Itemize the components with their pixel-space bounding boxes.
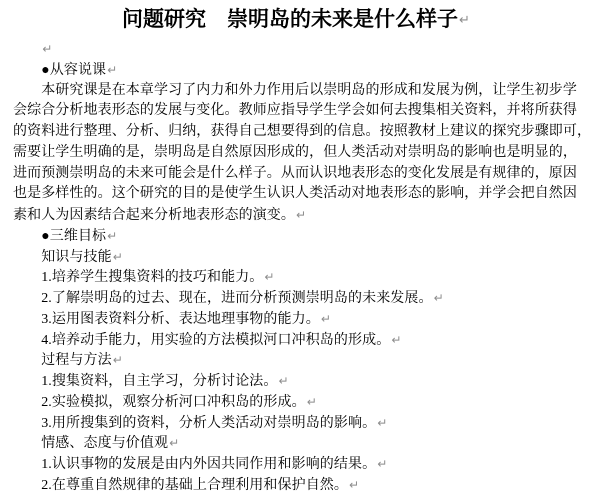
text-line: 2.在尊重自然规律的基础上合理利用和保护自然。↵: [0, 475, 592, 493]
text-line: 1.认识事物的发展是由内外因共同作用和影响的结果。↵: [0, 454, 592, 475]
paragraph-mark-icon: ↵: [295, 208, 306, 222]
paragraph-mark-icon: ↵: [390, 333, 401, 347]
paragraph-mark-icon: ↵: [41, 42, 52, 56]
paragraph-mark-icon: ↵: [306, 395, 317, 409]
line-text: 情感、态度与价值观: [13, 436, 168, 451]
text-line: 2.实验模拟，观察分析河口冲积岛的形成。↵: [0, 392, 592, 413]
line-text: 1.培养学生搜集资料的技巧和能力。: [13, 270, 263, 285]
line-text: 素和人为因素结合起来分析地表形态的演变。: [13, 208, 295, 223]
paragraph-mark-icon: ↵: [433, 291, 444, 305]
line-text: 本研究课是在本章学习了内力和外力作用后以崇明岛的形成和发展为例，让学生初步学: [13, 83, 577, 98]
line-text: 需要让学生明确的是，崇明岛是自然原因形成的，但人类活动对崇明岛的影响也是明显的，: [13, 145, 577, 160]
text-line: 需要让学生明确的是，崇明岛是自然原因形成的，但人类活动对崇明岛的影响也是明显的，: [0, 143, 592, 164]
paragraph-mark-icon: ↵: [112, 250, 123, 264]
text-line: 会综合分析地表形态的发展与变化。教师应指导学生学会如何去搜集相关资料，并将所获得: [0, 101, 592, 122]
line-text: [13, 42, 41, 57]
line-text: 进而预测崇明岛的未来可能会是什么样子。从而认识地表形态的变化发展是有规律的，原因: [13, 166, 577, 181]
paragraph-mark-icon: ↵: [106, 229, 117, 243]
paragraph-mark-icon: ↵: [348, 478, 359, 492]
text-line: 1.搜集资料，自主学习，分析讨论法。↵: [0, 371, 592, 392]
line-text: 知识与技能: [13, 250, 112, 265]
line-text: 2.了解崇明岛的过去、现在，进而分析预测崇明岛的未来发展。: [13, 291, 433, 306]
line-text: 过程与方法: [13, 353, 112, 368]
text-line: 3.用所搜集到的资料，分析人类活动对崇明岛的影响。↵: [0, 413, 592, 434]
text-line: 3.运用图表资料分析、表达地理事物的能力。↵: [0, 309, 592, 330]
line-text: 3.运用图表资料分析、表达地理事物的能力。: [13, 312, 320, 327]
text-line: 进而预测崇明岛的未来可能会是什么样子。从而认识地表形态的变化发展是有规律的，原因: [0, 164, 592, 185]
line-text: 1.搜集资料，自主学习，分析讨论法。: [13, 374, 278, 389]
document-body: ↵ ●从容说课↵ 本研究课是在本章学习了内力和外力作用后以崇明岛的形成和发展为例…: [0, 39, 592, 493]
line-text: 的资料进行整理、分析、归纳，获得自己想要得到的信息。按照教材上建议的探究步骤即可…: [13, 124, 591, 139]
document-title: 问题研究 崇明岛的未来是什么样子↵: [0, 5, 592, 35]
paragraph-mark-icon: ↵: [376, 416, 387, 430]
text-line: 知识与技能↵: [0, 247, 592, 268]
paragraph-mark-icon: ↵: [263, 270, 274, 284]
text-line: ↵: [0, 39, 592, 60]
paragraph-mark-icon: ↵: [320, 312, 331, 326]
title-text: 问题研究 崇明岛的未来是什么样子: [122, 7, 458, 31]
line-text: 会综合分析地表形态的发展与变化。教师应指导学生学会如何去搜集相关资料，并将所获得: [13, 103, 577, 118]
text-line: 本研究课是在本章学习了内力和外力作用后以崇明岛的形成和发展为例，让学生初步学: [0, 81, 592, 102]
line-text: ●三维目标: [13, 229, 106, 244]
text-line: 也是多样性的。这个研究的目的是使学生认识人类活动对地表形态的影响，并学会把自然因: [0, 184, 592, 205]
text-line: 1.培养学生搜集资料的技巧和能力。↵: [0, 267, 592, 288]
text-line: 素和人为因素结合起来分析地表形态的演变。↵: [0, 205, 592, 226]
paragraph-mark-icon: ↵: [168, 436, 179, 450]
text-line: ●三维目标↵: [0, 226, 592, 247]
paragraph-mark-icon: ↵: [278, 374, 289, 388]
text-line: ●从容说课↵: [0, 60, 592, 81]
line-text: 2.实验模拟，观察分析河口冲积岛的形成。: [13, 395, 306, 410]
text-line: 4.培养动手能力，用实验的方法模拟河口冲积岛的形成。↵: [0, 330, 592, 351]
paragraph-mark-icon: ↵: [376, 457, 387, 471]
paragraph-mark-icon: ↵: [112, 353, 123, 367]
line-text: 也是多样性的。这个研究的目的是使学生认识人类活动对地表形态的影响，并学会把自然因: [13, 186, 577, 201]
text-line: 2.了解崇明岛的过去、现在，进而分析预测崇明岛的未来发展。↵: [0, 288, 592, 309]
line-text: 3.用所搜集到的资料，分析人类活动对崇明岛的影响。: [13, 416, 376, 431]
line-text: ●从容说课: [13, 63, 106, 78]
text-line: 的资料进行整理、分析、归纳，获得自己想要得到的信息。按照教材上建议的探究步骤即可…: [0, 122, 592, 143]
document-page: 问题研究 崇明岛的未来是什么样子↵ ↵ ●从容说课↵ 本研究课是在本章学习了内力…: [0, 0, 592, 493]
line-text: 4.培养动手能力，用实验的方法模拟河口冲积岛的形成。: [13, 333, 390, 348]
paragraph-mark-icon: ↵: [106, 63, 117, 77]
line-text: 1.认识事物的发展是由内外因共同作用和影响的结果。: [13, 457, 376, 472]
paragraph-mark-icon: ↵: [458, 13, 470, 28]
line-text: 2.在尊重自然规律的基础上合理利用和保护自然。: [13, 478, 348, 493]
text-line: 过程与方法↵: [0, 350, 592, 371]
text-line: 情感、态度与价值观↵: [0, 433, 592, 454]
